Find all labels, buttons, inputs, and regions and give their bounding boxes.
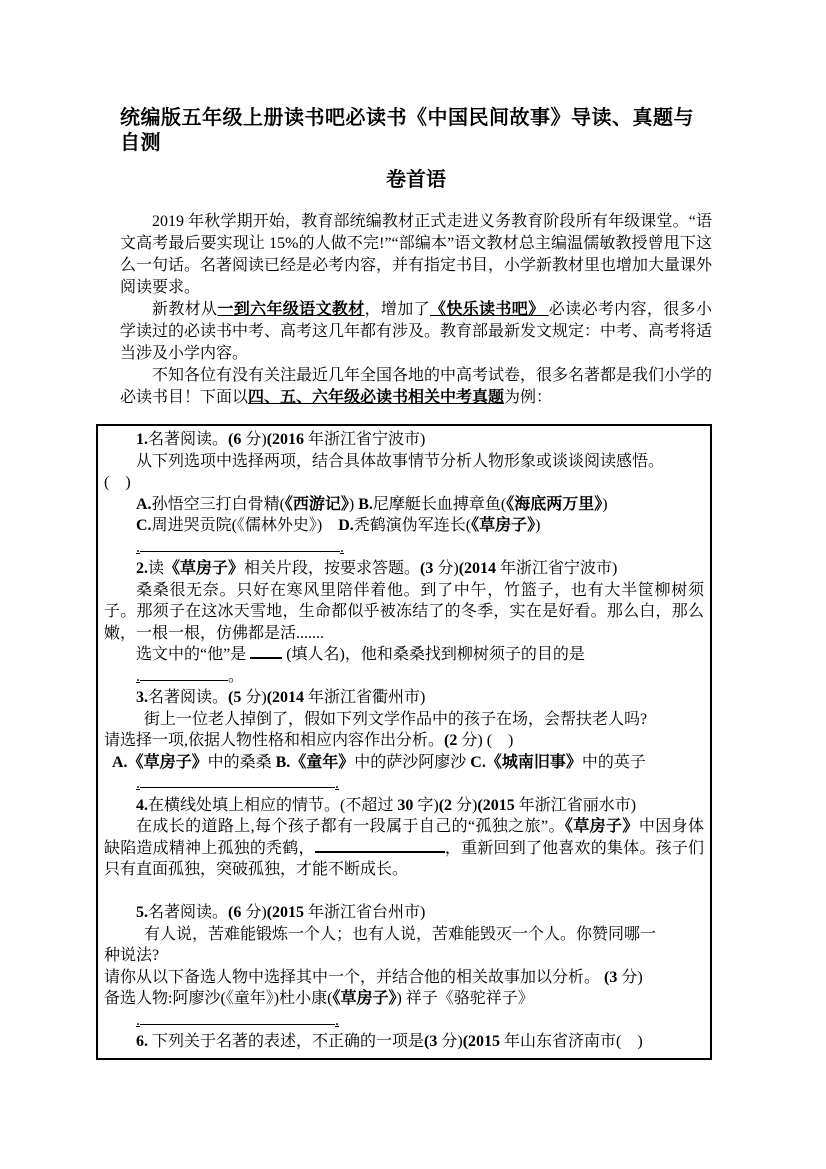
q5-answer-blank: ..	[104, 1010, 704, 1032]
text-segment: 6.	[136, 1033, 148, 1050]
text-segment: .	[340, 539, 344, 556]
text-segment: 孙悟空三打白骨精(	[152, 496, 285, 513]
text-segment: 周进哭贡院(《儒林外史》)	[152, 517, 339, 534]
text-segment: ，增加了	[365, 301, 430, 318]
text-segment: A.	[136, 496, 152, 513]
q3-header: 3.名著阅读。(5 分)(2014 年浙江省衢州市)	[104, 687, 704, 709]
text-segment: 3.	[136, 689, 148, 706]
q1-answer-blank: ..	[104, 537, 704, 559]
text-segment: 秃鹤演伪军连长(	[354, 517, 471, 534]
text-segment: 年浙江省台州市)	[308, 904, 425, 921]
text-segment: ( )	[104, 474, 131, 491]
q5-stem-2: 种说法?	[104, 945, 704, 967]
text-segment: B.	[358, 496, 373, 513]
text-segment: 《草房子》	[471, 517, 535, 534]
text-segment: 《童年》	[290, 754, 354, 771]
q5-header: 5.名著阅读。(6 分)(2015 年浙江省台州市)	[104, 902, 704, 924]
text-segment: (2016	[267, 431, 308, 448]
text-segment: 读	[148, 560, 164, 577]
text-segment: C.	[470, 754, 486, 771]
text-segment: 字)	[417, 797, 438, 814]
text-segment: (6	[228, 431, 245, 448]
text-segment: 《草房子》	[332, 990, 396, 1007]
q5-stem-1: 有人说，苦难能锻炼一个人；也有人说，苦难能毁灭一个人。你赞同哪一	[104, 924, 704, 946]
text-segment: 《草房子》	[128, 754, 208, 771]
text-segment: 30	[397, 797, 417, 814]
text-segment: 桑桑很无奈。只好在寒风里陪伴着他。到了中午，竹篮子，也有大半筐柳树须子。那须子在…	[104, 582, 704, 642]
text-segment: 分)	[245, 904, 266, 921]
q3-stem-2: 请选择一项,依据人物性格和相应内容作出分析。(2 分) ( )	[104, 730, 704, 752]
text-segment: 分)	[456, 797, 477, 814]
text-segment: C.	[136, 517, 152, 534]
text-segment: A.	[112, 754, 128, 771]
q1-stem: 从下列选项中选择两项，结合具体故事情节分析人物形象或谈谈阅读感悟。	[104, 451, 704, 473]
text-segment: (2015	[267, 904, 308, 921]
text-segment: 分)	[441, 1033, 462, 1050]
text-segment: )	[349, 496, 358, 513]
text-segment: 请选择一项,依据人物性格和相应内容作出分析。	[104, 732, 444, 749]
text-segment: (2014	[267, 689, 308, 706]
text-segment: 年山东省济南市( )	[504, 1033, 643, 1050]
text-segment: 相关片段，按要求答题。	[244, 560, 420, 577]
blank-row	[104, 881, 704, 903]
text-segment: 中的桑桑	[208, 754, 276, 771]
text-segment: (3	[604, 969, 621, 986]
q2-answer-blank: .。	[104, 666, 704, 688]
text-segment: 2.	[136, 560, 148, 577]
text-segment: 从下列选项中选择两项，结合具体故事情节分析人物形象或谈谈阅读感悟。	[136, 453, 664, 470]
intro-paragraph: 不知各位有没有关注最近几年全国各地的中高考试卷，很多名著都是我们小学的必读书目！…	[120, 365, 712, 409]
text-segment: 街上一位老人掉倒了，假如下列文学作品中的孩子在场，会帮扶老人吗?	[144, 711, 647, 728]
text-segment: (2015	[477, 797, 518, 814]
text-segment: 《海底两万里》	[506, 496, 602, 513]
text-segment: (3	[424, 1033, 441, 1050]
text-segment: )	[535, 517, 540, 534]
text-segment: 名著阅读。	[148, 431, 228, 448]
text-segment: (3	[420, 560, 437, 577]
text-segment: 请你从以下备选人物中选择其中一个，并结合他的相关故事加以分析。	[104, 969, 604, 986]
q3-options: A.《草房子》中的桑桑 B.《童年》中的萨沙阿廖沙 C.《城南旧事》中的英子	[104, 752, 704, 774]
q1-options-cd: C.周进哭贡院(《儒林外史》) D.秃鹤演伪军连长(《草房子》)	[104, 515, 704, 537]
q5-candidates: 备选人物:阿廖沙(《童年》)杜小康(《草房子》) 祥子《骆驼祥子》	[104, 988, 704, 1010]
q1-options-ab: A.孙悟空三打白骨精(《西游记》) B.尼摩艇长血搏章鱼(《海底两万里》)	[104, 494, 704, 516]
q3-answer-blank: ..	[104, 773, 704, 795]
text-segment: (5	[228, 689, 245, 706]
q6-header: 6. 下列关于名著的表述，不正确的一项是(3 分)(2015 年山东省济南市( …	[104, 1031, 704, 1053]
text-segment: 《快乐读书吧》	[430, 301, 549, 318]
text-segment: 分)	[461, 732, 482, 749]
text-segment: 《草房子》	[565, 818, 639, 835]
questions-box: 1.名著阅读。(6 分)(2016 年浙江省宁波市)从下列选项中选择两项，结合具…	[96, 424, 712, 1060]
text-segment: 在横线处填上相应的情节。(不超过	[148, 797, 397, 814]
text-segment: (填人名)，他和桑桑找到柳树须子的目的是	[282, 646, 585, 663]
text-segment: (6	[228, 904, 245, 921]
intro-paragraph: 新教材从一到六年级语文教材，增加了《快乐读书吧》 必读必考内容，很多小学读过的必…	[120, 299, 712, 365]
text-segment: 下列关于名著的表述，不正确的一项是	[148, 1033, 424, 1050]
text-segment: 分)	[621, 969, 642, 986]
text-segment: 名著阅读。	[148, 689, 228, 706]
text-segment: 《西游记》	[285, 496, 349, 513]
text-segment: .	[335, 1012, 339, 1029]
q4-stem: 在成长的道路上,每个孩子都有一段属于自己的“孤独之旅”。《草房子》中因身体缺陷造…	[104, 816, 704, 881]
answer-blank	[315, 838, 445, 853]
intro-paragraphs: 2019 年秋学期开始，教育部统编教材正式走进义务教育阶段所有年级课堂。“语文高…	[120, 211, 712, 409]
q2-passage: 桑桑很无奈。只好在寒风里陪伴着他。到了中午，竹篮子，也有大半筐柳树须子。那须子在…	[104, 580, 704, 645]
text-segment: 有人说，苦难能锻炼一个人；也有人说，苦难能毁灭一个人。你赞同哪一	[144, 926, 656, 943]
section-heading: 卷首语	[120, 168, 712, 193]
text-segment: 《草房子》	[164, 560, 244, 577]
text-segment: 种说法?	[104, 947, 159, 964]
text-segment: 《城南旧事》	[486, 754, 582, 771]
text-segment: 名著阅读。	[148, 904, 228, 921]
q4-header: 4.在横线处填上相应的情节。(不超过 30 字)(2 分)(2015 年浙江省丽…	[104, 795, 704, 817]
answer-blank	[140, 1011, 335, 1025]
text-segment: 。	[228, 668, 244, 685]
q5-stem-3: 请你从以下备选人物中选择其中一个，并结合他的相关故事加以分析。 (3 分)	[104, 967, 704, 989]
text-segment: 分)	[437, 560, 458, 577]
text-segment: 中的萨沙阿廖沙	[354, 754, 470, 771]
answer-blank	[250, 644, 282, 659]
document-page: 统编版五年级上册读书吧必读书《中国民间故事》导读、真题与自测 卷首语 2019 …	[0, 0, 826, 1060]
text-segment: 四、五、六年级必读书相关中考真题	[248, 389, 504, 406]
q1-header: 1.名著阅读。(6 分)(2016 年浙江省宁波市)	[104, 429, 704, 451]
q1-answer-brackets: ( )	[104, 472, 704, 494]
text-segment: 年浙江省宁波市)	[308, 431, 425, 448]
text-segment: 为例：	[504, 389, 552, 406]
text-segment: 尼摩艇长血搏章鱼(	[373, 496, 506, 513]
text-segment: 新教材从	[152, 301, 217, 318]
text-segment: 年浙江省衢州市)	[308, 689, 425, 706]
text-segment: 年浙江省丽水市)	[519, 797, 636, 814]
text-segment: 在成长的道路上,每个孩子都有一段属于自己的“孤独之旅”。	[136, 818, 565, 835]
text-segment: B.	[276, 754, 291, 771]
text-segment: )	[602, 496, 607, 513]
text-segment: 一到六年级语文教材	[217, 301, 364, 318]
text-segment: 2019 年秋学期开始，教育部统编教材正式走进义务教育阶段所有年级课堂。“语文高…	[120, 213, 712, 296]
answer-blank	[140, 538, 340, 552]
text-segment: 选文中的“他”是	[136, 646, 250, 663]
text-segment: 年浙江省宁波市)	[500, 560, 617, 577]
page-title: 统编版五年级上册读书吧必读书《中国民间故事》导读、真题与自测	[120, 106, 710, 156]
text-segment: ) 祥子《骆驼祥子》	[396, 990, 533, 1007]
text-segment: 5.	[136, 904, 148, 921]
text-segment: 分)	[245, 689, 266, 706]
q2-stem: 选文中的“他”是 (填人名)，他和桑桑找到柳树须子的目的是	[104, 644, 704, 666]
intro-paragraph: 2019 年秋学期开始，教育部统编教材正式走进义务教育阶段所有年级课堂。“语文高…	[120, 211, 712, 299]
text-segment: 备选人物:阿廖沙(《童年》)杜小康(	[104, 990, 332, 1007]
text-segment: .	[335, 775, 339, 792]
text-segment: (2015	[463, 1033, 504, 1050]
text-segment: 4.	[136, 797, 148, 814]
text-segment: 1.	[136, 431, 148, 448]
text-segment: (2	[439, 797, 456, 814]
text-segment: ( )	[483, 732, 514, 749]
answer-blank	[140, 667, 228, 681]
text-segment: 中的英子	[582, 754, 646, 771]
q3-stem-1: 街上一位老人掉倒了，假如下列文学作品中的孩子在场，会帮扶老人吗?	[104, 709, 704, 731]
text-segment: D.	[338, 517, 354, 534]
answer-blank	[140, 774, 335, 788]
q2-header: 2.读《草房子》相关片段，按要求答题。(3 分)(2014 年浙江省宁波市)	[104, 558, 704, 580]
text-segment: 分)	[245, 431, 266, 448]
text-segment: (2	[444, 732, 461, 749]
text-segment: (2014	[459, 560, 500, 577]
